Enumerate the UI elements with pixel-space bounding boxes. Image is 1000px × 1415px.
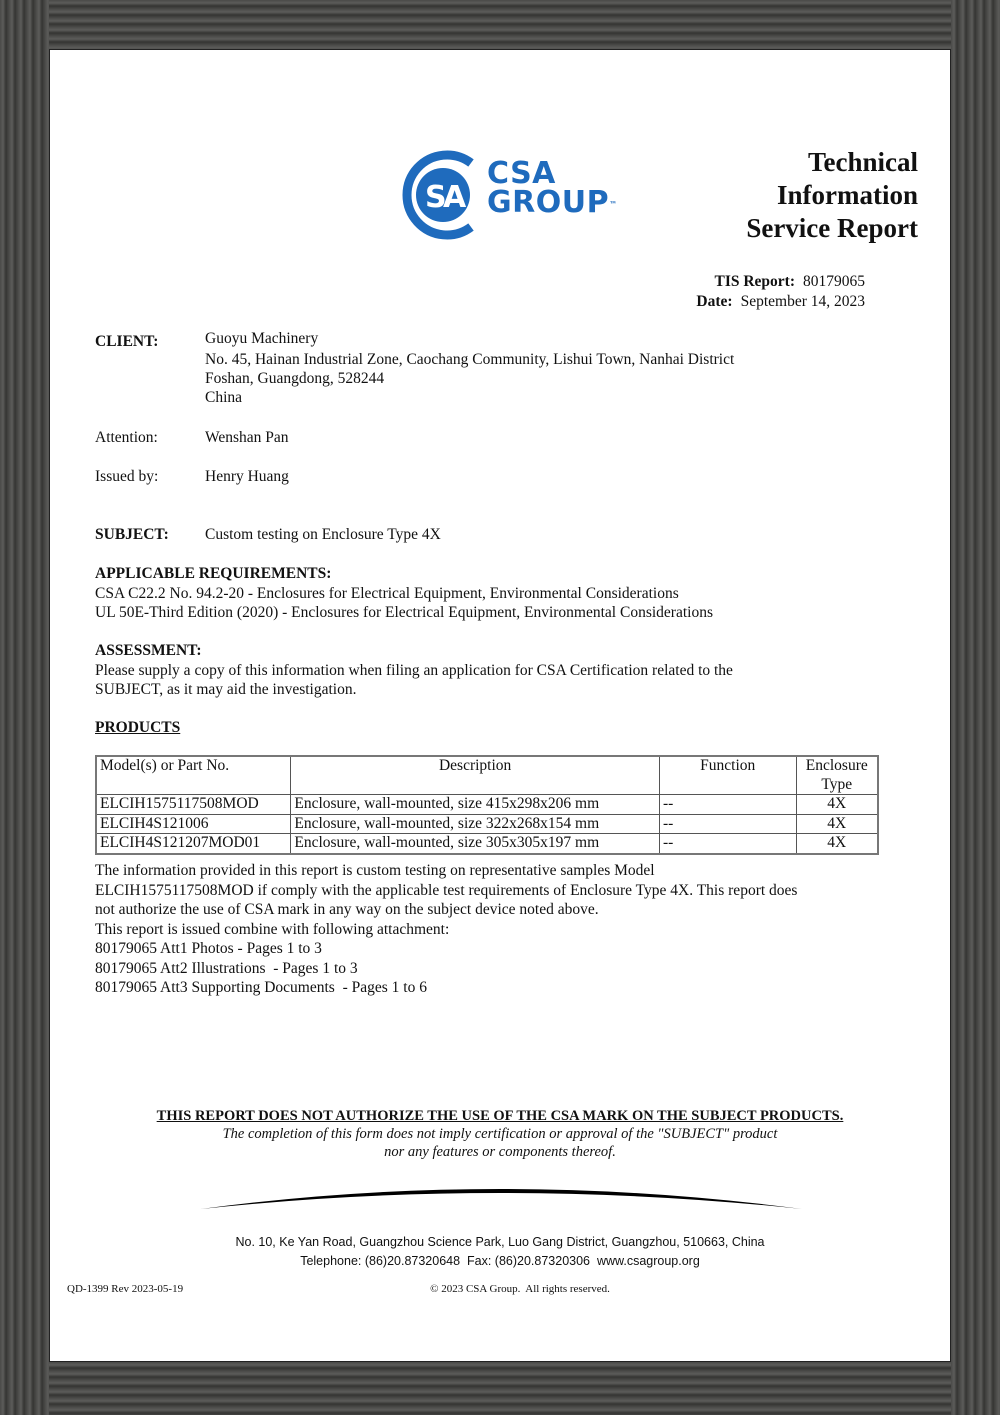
cell-model: ELCIH1575117508MOD [96, 795, 291, 815]
header-enclosure: Enclosure [800, 757, 874, 776]
column-header-model: Model(s) or Part No. [96, 756, 291, 795]
decorative-arc [199, 1179, 804, 1219]
assessment-line1: Please supply a copy of this information… [95, 661, 733, 681]
logo-wordmark: CSA GROUP™ [487, 159, 618, 217]
frame-left [0, 0, 49, 1415]
assessment-section: ASSESSMENT: Please supply a copy of this… [95, 641, 733, 700]
table-row: ELCIH1575117508MODEnclosure, wall-mounte… [96, 795, 878, 815]
title-line1: Technical [746, 146, 918, 179]
table-header-row: Model(s) or Part No. Description Functio… [96, 756, 878, 795]
assessment-heading: ASSESSMENT: [95, 641, 733, 661]
products-table: Model(s) or Part No. Description Functio… [95, 755, 879, 855]
assessment-line2: SUBJECT, as it may aid the investigation… [95, 680, 733, 700]
tis-value: 80179065 [803, 272, 865, 292]
client-address-line3: China [205, 388, 242, 408]
csa-mark-icon: S A [401, 149, 485, 241]
requirement-item: UL 50E-Third Edition (2020) - Enclosures… [95, 603, 713, 623]
report-title: Technical Information Service Report [746, 146, 918, 245]
attention-value: Wenshan Pan [205, 428, 289, 448]
disclaimer-italic-line1: The completion of this form does not imp… [49, 1125, 951, 1143]
cell-description: Enclosure, wall-mounted, size 305x305x19… [291, 834, 660, 854]
attachment-line: 80179065 Att3 Supporting Documents - Pag… [95, 978, 797, 998]
issued-by-value: Henry Huang [205, 467, 289, 487]
table-row: ELCIH4S121207MOD01Enclosure, wall-mounte… [96, 834, 878, 854]
svg-text:A: A [443, 180, 467, 215]
address-line: No. 10, Ke Yan Road, Guangzhou Science P… [49, 1233, 951, 1252]
frame-right [951, 0, 1000, 1415]
trademark: ™ [609, 200, 618, 209]
client-name: Guoyu Machinery [205, 329, 318, 349]
cell-function: -- [659, 834, 796, 854]
cell-model: ELCIH4S121006 [96, 814, 291, 834]
requirements-heading: APPLICABLE REQUIREMENTS: [95, 564, 713, 584]
column-header-function: Function [659, 756, 796, 795]
table-row: ELCIH4S121006Enclosure, wall-mounted, si… [96, 814, 878, 834]
disclaimer-bold: THIS REPORT DOES NOT AUTHORIZE THE USE O… [49, 1107, 951, 1125]
attachment-line: 80179065 Att2 Illustrations - Pages 1 to… [95, 959, 797, 979]
disclaimer: THIS REPORT DOES NOT AUTHORIZE THE USE O… [49, 1107, 951, 1161]
copyright: © 2023 CSA Group. All rights reserved. [49, 1283, 951, 1295]
title-line3: Service Report [746, 212, 918, 245]
note-line: This report is issued combine with follo… [95, 920, 797, 940]
note-line: ELCIH1575117508MOD if comply with the ap… [95, 881, 797, 901]
cell-enclosure-type: 4X [796, 795, 878, 815]
column-header-description: Description [291, 756, 660, 795]
date-label: Date: [696, 293, 732, 310]
note-line: not authorize the use of CSA mark in any… [95, 900, 797, 920]
products-heading: PRODUCTS [95, 718, 180, 738]
note-line: The information provided in this report … [95, 861, 797, 881]
contact-line: Telephone: (86)20.87320648 Fax: (86)20.8… [49, 1252, 951, 1271]
subject-value: Custom testing on Enclosure Type 4X [205, 525, 441, 545]
frame-bottom [0, 1362, 1000, 1415]
tis-label: TIS Report: [714, 273, 795, 290]
client-label: CLIENT: [95, 332, 205, 352]
disclaimer-italic-line2: nor any features or components thereof. [49, 1143, 951, 1161]
logo-line1: CSA [487, 159, 618, 188]
cell-enclosure-type: 4X [796, 834, 878, 854]
notes-section: The information provided in this report … [95, 861, 797, 998]
cell-model: ELCIH4S121207MOD01 [96, 834, 291, 854]
header-type: Type [800, 776, 874, 795]
title-line2: Information [746, 179, 918, 212]
client-address-line1: No. 45, Hainan Industrial Zone, Caochang… [205, 350, 734, 370]
cell-description: Enclosure, wall-mounted, size 415x298x20… [291, 795, 660, 815]
subject-label: SUBJECT: [95, 525, 205, 545]
logo-line2: GROUP [487, 185, 609, 220]
cell-function: -- [659, 814, 796, 834]
requirements-section: APPLICABLE REQUIREMENTS: CSA C22.2 No. 9… [95, 564, 713, 623]
report-meta: TIS Report:80179065 Date:September 14, 2… [696, 272, 865, 312]
cell-enclosure-type: 4X [796, 814, 878, 834]
client-address-line2: Foshan, Guangdong, 528244 [205, 369, 384, 389]
cell-description: Enclosure, wall-mounted, size 322x268x15… [291, 814, 660, 834]
frame-top [0, 0, 1000, 49]
cell-function: -- [659, 795, 796, 815]
report-page: S A CSA GROUP™ Technical Information Ser… [49, 49, 951, 1362]
attention-label: Attention: [95, 428, 205, 448]
footer-address: No. 10, Ke Yan Road, Guangzhou Science P… [49, 1233, 951, 1271]
date-value: September 14, 2023 [741, 292, 865, 312]
csa-group-logo: S A CSA GROUP™ [401, 141, 631, 251]
requirement-item: CSA C22.2 No. 94.2-20 - Enclosures for E… [95, 584, 713, 604]
issued-by-label: Issued by: [95, 467, 205, 487]
attachment-line: 80179065 Att1 Photos - Pages 1 to 3 [95, 939, 797, 959]
column-header-enclosure-type: EnclosureType [796, 756, 878, 795]
